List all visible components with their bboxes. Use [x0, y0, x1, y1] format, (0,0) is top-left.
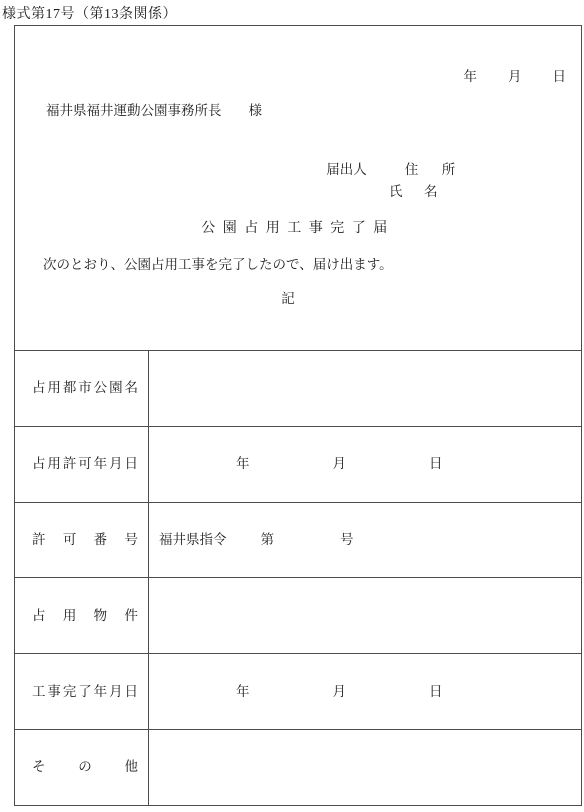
- submitter-address-label: 住 所: [405, 162, 461, 177]
- row-label-cell: 占用物件: [15, 578, 149, 653]
- day-label: 日: [429, 684, 443, 700]
- document-page: 様式第17号（第13条関係） 年 月 日 福井県福井運動公園事務所長 様 届出人…: [0, 0, 584, 812]
- row-label-cell: 占用許可年月日: [15, 427, 149, 502]
- day-label: 日: [429, 456, 443, 472]
- body-text: 次のとおり、公園占用工事を完了したので、届け出ます。: [43, 257, 393, 273]
- date-day-label: 日: [553, 69, 567, 85]
- form-title: 公園占用工事完了届: [15, 221, 581, 238]
- addressee-line: 福井県福井運動公園事務所長 様: [46, 103, 262, 119]
- row-label-cell: その他: [15, 730, 149, 805]
- date-year-label: 年: [464, 69, 478, 85]
- month-label: 月: [333, 456, 347, 472]
- table-row-park-name: 占用都市公園名: [15, 351, 581, 426]
- row-label-cell: 許可番号: [15, 503, 149, 578]
- occupation-table: 占用都市公園名 占用許可年月日 年 月 日 許可番号 福井: [15, 350, 581, 805]
- row-label: その他: [15, 759, 148, 775]
- row-label: 工事完了年月日: [15, 684, 148, 700]
- row-label-cell: 工事完了年月日: [15, 654, 149, 729]
- submitter-name-label: 氏 名: [389, 184, 442, 200]
- row-label: 許可番号: [15, 532, 148, 548]
- form-number-label: 様式第17号（第13条関係）: [2, 3, 177, 23]
- completion-date-value-cell: 年 月 日: [149, 654, 581, 729]
- date-month-label: 月: [508, 69, 522, 85]
- table-row-completion-date: 工事完了年月日 年 月 日: [15, 653, 581, 729]
- submitter-label: 届出人: [326, 162, 367, 177]
- row-label-cell: 占用都市公園名: [15, 351, 149, 426]
- row-label: 占用許可年月日: [15, 456, 148, 472]
- permit-dai-label: 第: [261, 532, 275, 548]
- permit-number-value-cell: 福井県指令 第 号: [149, 503, 581, 578]
- table-row-permit-date: 占用許可年月日 年 月 日: [15, 426, 581, 502]
- permit-date-value-cell: 年 月 日: [149, 427, 581, 502]
- month-label: 月: [333, 684, 347, 700]
- form-border-box: 年 月 日 福井県福井運動公園事務所長 様 届出人住 所 氏 名 公園占用工事完…: [14, 25, 582, 806]
- year-label: 年: [236, 456, 250, 472]
- list-marker: 記: [15, 291, 561, 307]
- permit-go-label: 号: [340, 532, 354, 548]
- date-line: 年 月 日: [464, 69, 567, 85]
- row-label: 占用都市公園名: [15, 380, 148, 396]
- year-label: 年: [236, 684, 250, 700]
- occupied-object-value-cell: [149, 578, 581, 653]
- row-label: 占用物件: [15, 608, 148, 624]
- table-row-occupied-object: 占用物件: [15, 577, 581, 653]
- other-value-cell: [149, 730, 581, 805]
- permit-prefix-label: 福井県指令: [159, 532, 227, 548]
- table-row-other: その他: [15, 729, 581, 805]
- table-row-permit-number: 許可番号 福井県指令 第 号: [15, 502, 581, 578]
- park-name-value-cell: [149, 351, 581, 426]
